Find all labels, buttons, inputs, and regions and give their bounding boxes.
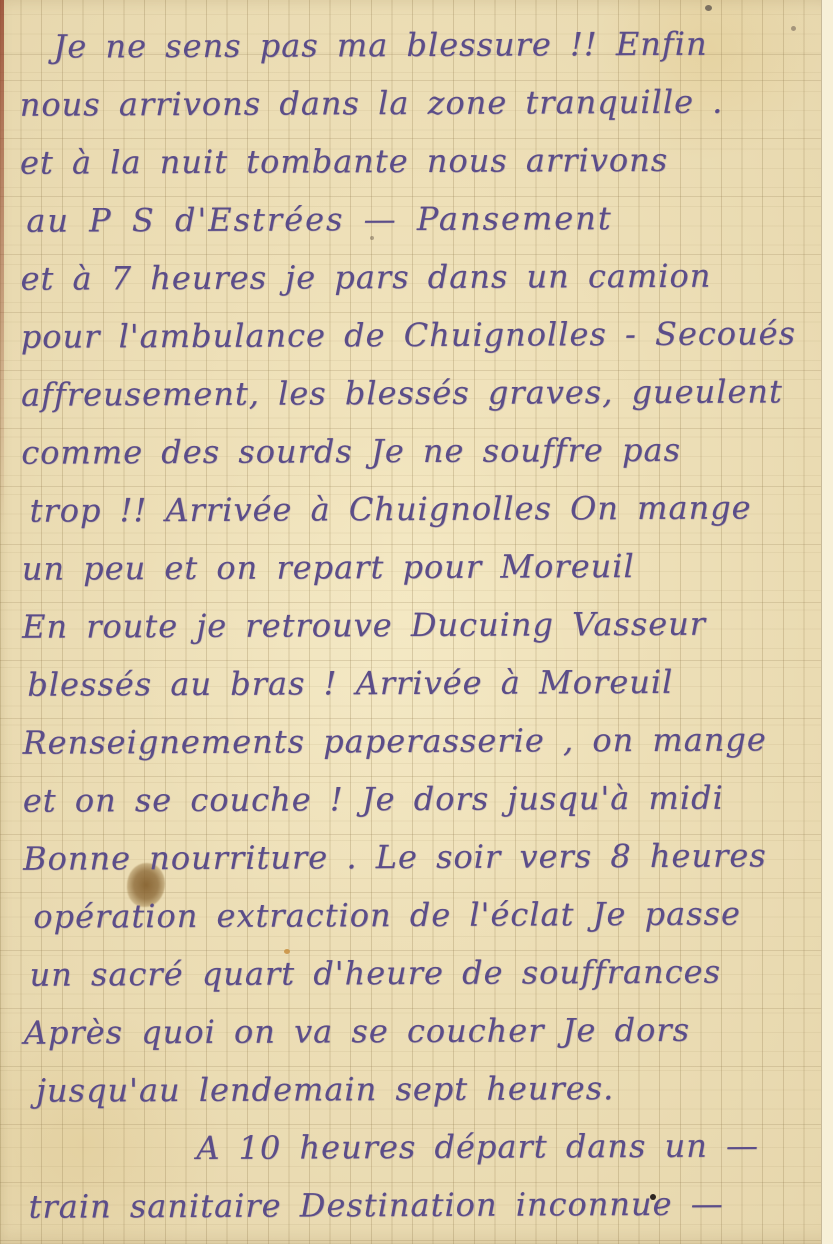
handwritten-line: Bonne nourriture . Le soir vers 8 heures — [23, 826, 833, 888]
handwritten-line: au P S d'Estrées — Pansement — [20, 188, 831, 250]
handwritten-line: affreusement, les blessés graves, gueule… — [21, 362, 832, 424]
handwritten-line: blessés au bras ! Arrivée à Moreuil — [22, 652, 833, 714]
handwritten-line: opération extraction de l'éclat Je passe — [23, 884, 833, 946]
handwritten-line: A 10 heures départ dans un — — [24, 1116, 833, 1178]
handwritten-line: jusqu'au lendemain sept heures. — [24, 1058, 833, 1120]
handwritten-line: un sacré quart d'heure de souffrances — [23, 942, 833, 1004]
handwritten-line: Je ne sens pas ma blessure !! Enfin — [19, 14, 830, 76]
handwritten-line: trop !! Arrivée à Chuignolles On mange — [21, 478, 832, 540]
handwritten-line: pour l'ambulance de Chuignolles - Secoué… — [21, 304, 832, 366]
handwritten-line: et à 7 heures je pars dans un camion — [20, 246, 831, 308]
handwritten-line: nous arrivons dans la zone tranquille . — [20, 72, 831, 134]
letter-page: Je ne sens pas ma blessure !! Enfin nous… — [0, 0, 833, 1244]
handwritten-line: et à la nuit tombante nous arrivons — [20, 130, 831, 192]
handwritten-line: comme des sourds Je ne souffre pas — [21, 420, 832, 482]
handwritten-text: Je ne sens pas ma blessure !! Enfin nous… — [0, 0, 833, 1236]
handwritten-line: un peu et on repart pour Moreuil — [22, 536, 833, 598]
handwritten-line: En route je retrouve Ducuing Vasseur — [22, 594, 833, 656]
handwritten-line: Renseignements paperasserie , on mange — [22, 710, 833, 772]
handwritten-line: train sanitaire Destination inconnue — — [24, 1174, 833, 1236]
handwritten-line: et on se couche ! Je dors jusqu'à midi — [23, 768, 833, 830]
handwritten-line: Après quoi on va se coucher Je dors — [24, 1000, 833, 1062]
